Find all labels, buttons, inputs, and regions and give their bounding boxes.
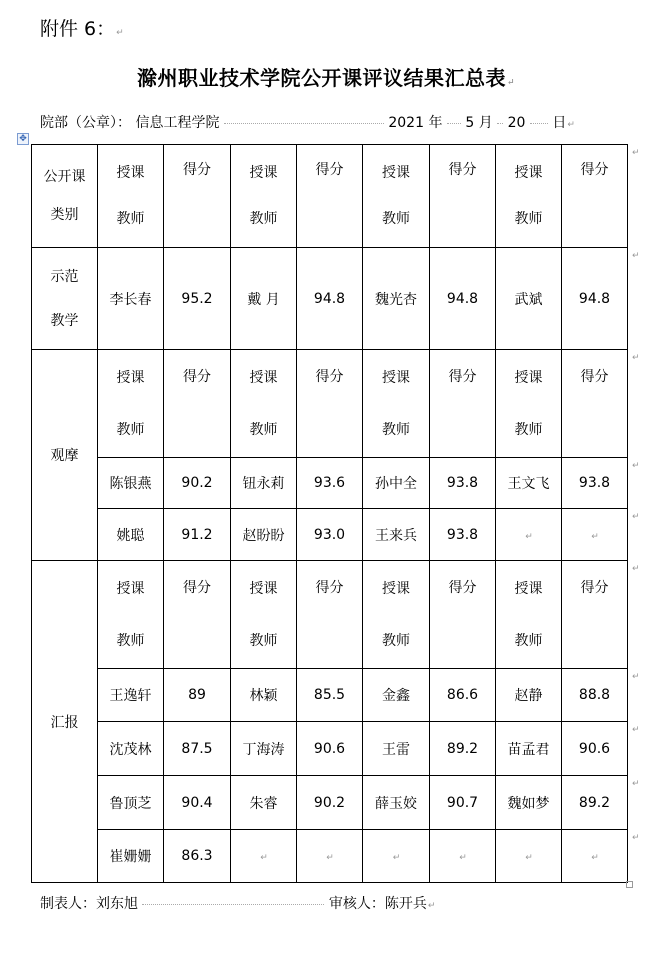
score-header-text: 得分 (183, 162, 211, 178)
teacher-header-line1: 授课 (98, 563, 163, 615)
score-cell: 90.2 (297, 776, 363, 830)
teacher-header-line1: 授课 (98, 352, 163, 404)
month-value: 5 (465, 115, 474, 131)
teacher-cell: 李长春 (98, 248, 164, 350)
teacher-header-line1: 授课 (231, 150, 296, 196)
row-end-mark-icon: ↵ (632, 251, 640, 261)
score-header-cell: 得分 (297, 350, 363, 458)
paragraph-mark-icon: ↵ (507, 78, 515, 88)
score-cell: 93.8 (562, 458, 628, 509)
teacher-cell: 鲁顶芝 (98, 776, 164, 830)
attachment-label: 附件 6：↵ (40, 14, 124, 41)
teacher-header-line2: 教师 (231, 404, 296, 456)
teacher-header-cell: 授课教师 (496, 350, 562, 458)
row-end-mark-icon: ↵ (632, 148, 640, 158)
paragraph-mark-icon: ↵ (567, 120, 575, 130)
paragraph-mark-icon: ↵ (428, 901, 436, 911)
teacher-header-line1: 授课 (496, 150, 561, 196)
year-value: 2021 (388, 115, 424, 131)
teacher-cell: ↵ (496, 830, 562, 883)
teacher-cell: 薛玉姣 (363, 776, 430, 830)
teacher-cell: 赵盼盼 (231, 509, 297, 561)
row-end-mark-icon: ↵ (632, 564, 640, 574)
dotted-leader (530, 123, 548, 124)
score-cell: 93.6 (297, 458, 363, 509)
teacher-cell: 武斌 (496, 248, 562, 350)
table-row: 鲁顶芝 90.4 朱睿 90.2 薛玉姣 90.7 魏如梦 89.2 (32, 776, 628, 830)
table-row: 示范 教学 李长春 95.2 戴 月 94.8 魏光杏 94.8 武斌 94.8 (32, 248, 628, 350)
dotted-leader (224, 123, 384, 124)
teacher-cell: 王逸轩 (98, 669, 164, 722)
teacher-header-line2: 教师 (231, 615, 296, 667)
score-header-cell: 得分 (164, 561, 231, 669)
score-cell: 89 (164, 669, 231, 722)
row-end-mark-icon: ↵ (632, 512, 640, 522)
teacher-cell: 魏光杏 (363, 248, 430, 350)
table-header-row: 公开课 类别 授课教师 得分 授课教师 得分 授课教师 得分 授课教师 得分 (32, 145, 628, 248)
teacher-header-cell: 授课教师 (496, 145, 562, 248)
score-header-cell: 得分 (562, 350, 628, 458)
score-cell: 86.3 (164, 830, 231, 883)
day-unit: 日 (552, 115, 566, 131)
table-row: 陈银燕 90.2 钮永莉 93.6 孙中全 93.8 王文飞 93.8 (32, 458, 628, 509)
score-cell: 90.2 (164, 458, 231, 509)
paragraph-mark-icon: ↵ (525, 853, 533, 863)
paragraph-mark-icon: ↵ (393, 853, 401, 863)
score-header-cell: 得分 (430, 561, 496, 669)
score-header-text: 得分 (316, 580, 344, 596)
score-header-text: 得分 (316, 369, 344, 385)
signature-line: 制表人：刘东旭 审核人：陈开兵↵ (40, 893, 435, 913)
teacher-header-line2: 教师 (98, 615, 163, 667)
score-header-text: 得分 (581, 162, 609, 178)
teacher-cell: 姚聪 (98, 509, 164, 561)
preparer-label: 制表人： (40, 896, 96, 912)
score-cell: 94.8 (562, 248, 628, 350)
teacher-header-cell: 授课教师 (98, 145, 164, 248)
category-line2: 教学 (32, 299, 97, 343)
score-header-cell: 得分 (297, 145, 363, 248)
score-header-text: 得分 (183, 369, 211, 385)
score-cell: 89.2 (562, 776, 628, 830)
row-end-mark-icon: ↵ (632, 461, 640, 471)
score-cell: 93.8 (430, 458, 496, 509)
category-cell-observe: 观摩 (32, 350, 98, 561)
teacher-header-cell: 授课教师 (363, 350, 430, 458)
score-header-cell: 得分 (562, 561, 628, 669)
title-text: 滁州职业技术学院公开课评议结果汇总表 (137, 66, 506, 90)
score-cell: ↵ (297, 830, 363, 883)
score-header-text: 得分 (449, 162, 477, 178)
meta-line: 院部（公章）： 信息工程学院 2021 年 5 月 20 日↵ (40, 112, 575, 132)
teacher-cell: 魏如梦 (496, 776, 562, 830)
teacher-header-line2: 教师 (496, 196, 561, 242)
score-cell: 94.8 (297, 248, 363, 350)
score-cell: 93.8 (430, 509, 496, 561)
category-cell-report: 汇报 (32, 561, 98, 883)
score-cell: 87.5 (164, 722, 231, 776)
score-header-text: 得分 (449, 369, 477, 385)
teacher-cell: 崔姗姗 (98, 830, 164, 883)
score-cell: 93.0 (297, 509, 363, 561)
category-header-line1: 公开课 (32, 158, 97, 196)
score-cell: 95.2 (164, 248, 231, 350)
teacher-header-line1: 授课 (98, 150, 163, 196)
table-resize-handle-icon[interactable] (626, 881, 633, 888)
teacher-cell: 沈茂林 (98, 722, 164, 776)
score-header-text: 得分 (183, 580, 211, 596)
teacher-header-line2: 教师 (363, 196, 429, 242)
score-cell: 86.6 (430, 669, 496, 722)
teacher-header-cell: 授课教师 (231, 561, 297, 669)
reviewer-name: 陈开兵 (385, 896, 427, 912)
score-cell: 90.4 (164, 776, 231, 830)
table-subheader-row: 汇报 授课教师 得分 授课教师 得分 授课教师 得分 授课教师 得分 (32, 561, 628, 669)
teacher-header-cell: 授课教师 (231, 350, 297, 458)
teacher-header-line1: 授课 (496, 352, 561, 404)
score-header-text: 得分 (316, 162, 344, 178)
day-value: 20 (508, 115, 526, 131)
score-header-text: 得分 (581, 580, 609, 596)
teacher-cell: 苗孟君 (496, 722, 562, 776)
table-row: 姚聪 91.2 赵盼盼 93.0 王来兵 93.8 ↵ ↵ (32, 509, 628, 561)
attachment-text: 附件 6： (40, 18, 115, 40)
score-cell: 88.8 (562, 669, 628, 722)
teacher-header-line2: 教师 (496, 615, 561, 667)
score-header-text: 得分 (449, 580, 477, 596)
teacher-header-cell: 授课教师 (98, 350, 164, 458)
score-cell: 85.5 (297, 669, 363, 722)
dotted-leader (447, 123, 461, 124)
table-row: 王逸轩 89 林颖 85.5 金鑫 86.6 赵静 88.8 (32, 669, 628, 722)
score-cell: ↵ (562, 509, 628, 561)
score-cell: 90.6 (562, 722, 628, 776)
dept-label: 院部（公章）： (40, 115, 131, 131)
teacher-cell: 王文飞 (496, 458, 562, 509)
document-title: 滁州职业技术学院公开课评议结果汇总表↵ (0, 62, 652, 91)
teacher-cell: 戴 月 (231, 248, 297, 350)
dotted-leader (497, 123, 503, 124)
dotted-leader (142, 904, 324, 905)
teacher-cell: 金鑫 (363, 669, 430, 722)
score-header-cell: 得分 (562, 145, 628, 248)
row-end-mark-icon: ↵ (632, 672, 640, 682)
teacher-header-cell: 授课教师 (98, 561, 164, 669)
table-move-handle-icon[interactable]: ✥ (17, 133, 29, 145)
score-header-cell: 得分 (430, 145, 496, 248)
paragraph-mark-icon: ↵ (116, 28, 124, 38)
teacher-cell: ↵ (496, 509, 562, 561)
teacher-header-line2: 教师 (231, 196, 296, 242)
teacher-header-cell: 授课教师 (496, 561, 562, 669)
score-cell: 90.6 (297, 722, 363, 776)
teacher-cell: 王雷 (363, 722, 430, 776)
teacher-cell: 林颖 (231, 669, 297, 722)
score-header-text: 得分 (581, 369, 609, 385)
teacher-header-line1: 授课 (363, 352, 429, 404)
score-cell: ↵ (430, 830, 496, 883)
teacher-header-line1: 授课 (363, 563, 429, 615)
paragraph-mark-icon: ↵ (591, 532, 599, 542)
results-table: 公开课 类别 授课教师 得分 授课教师 得分 授课教师 得分 授课教师 得分 示… (31, 144, 628, 883)
paragraph-mark-icon: ↵ (326, 853, 334, 863)
teacher-cell: 陈银燕 (98, 458, 164, 509)
score-header-cell: 得分 (164, 350, 231, 458)
month-unit: 月 (479, 115, 493, 131)
score-cell: 91.2 (164, 509, 231, 561)
row-end-mark-icon: ↵ (632, 725, 640, 735)
category-cell-demo: 示范 教学 (32, 248, 98, 350)
preparer-name: 刘东旭 (96, 896, 138, 912)
teacher-header-line1: 授课 (231, 563, 296, 615)
teacher-header-cell: 授课教师 (363, 145, 430, 248)
score-cell: 90.7 (430, 776, 496, 830)
teacher-cell: 丁海涛 (231, 722, 297, 776)
teacher-cell: 孙中全 (363, 458, 430, 509)
score-header-cell: 得分 (430, 350, 496, 458)
category-line1: 示范 (32, 255, 97, 299)
year-unit: 年 (428, 115, 442, 131)
teacher-header-cell: 授课教师 (363, 561, 430, 669)
score-header-cell: 得分 (164, 145, 231, 248)
score-cell: 89.2 (430, 722, 496, 776)
teacher-cell: ↵ (231, 830, 297, 883)
paragraph-mark-icon: ↵ (525, 532, 533, 542)
score-header-cell: 得分 (297, 561, 363, 669)
paragraph-mark-icon: ↵ (260, 853, 268, 863)
teacher-header-line2: 教师 (363, 404, 429, 456)
row-end-mark-icon: ↵ (632, 353, 640, 363)
reviewer-label: 审核人： (329, 896, 385, 912)
score-cell: ↵ (562, 830, 628, 883)
teacher-cell: 钮永莉 (231, 458, 297, 509)
category-header-cell: 公开课 类别 (32, 145, 98, 248)
paragraph-mark-icon: ↵ (459, 853, 467, 863)
teacher-header-line2: 教师 (496, 404, 561, 456)
table-row: 崔姗姗 86.3 ↵ ↵ ↵ ↵ ↵ ↵ (32, 830, 628, 883)
score-cell: 94.8 (430, 248, 496, 350)
teacher-cell: 赵静 (496, 669, 562, 722)
teacher-header-cell: 授课教师 (231, 145, 297, 248)
teacher-cell: 朱睿 (231, 776, 297, 830)
teacher-header-line1: 授课 (363, 150, 429, 196)
dept-value: 信息工程学院 (135, 115, 219, 131)
teacher-cell: ↵ (363, 830, 430, 883)
table-row: 沈茂林 87.5 丁海涛 90.6 王雷 89.2 苗孟君 90.6 (32, 722, 628, 776)
teacher-header-line2: 教师 (98, 404, 163, 456)
paragraph-mark-icon: ↵ (591, 853, 599, 863)
teacher-header-line2: 教师 (98, 196, 163, 242)
table-subheader-row: 观摩 授课教师 得分 授课教师 得分 授课教师 得分 授课教师 得分 (32, 350, 628, 458)
category-header-line2: 类别 (32, 196, 97, 234)
teacher-cell: 王来兵 (363, 509, 430, 561)
teacher-header-line1: 授课 (231, 352, 296, 404)
row-end-mark-icon: ↵ (632, 833, 640, 843)
teacher-header-line1: 授课 (496, 563, 561, 615)
teacher-header-line2: 教师 (363, 615, 429, 667)
row-end-mark-icon: ↵ (632, 779, 640, 789)
